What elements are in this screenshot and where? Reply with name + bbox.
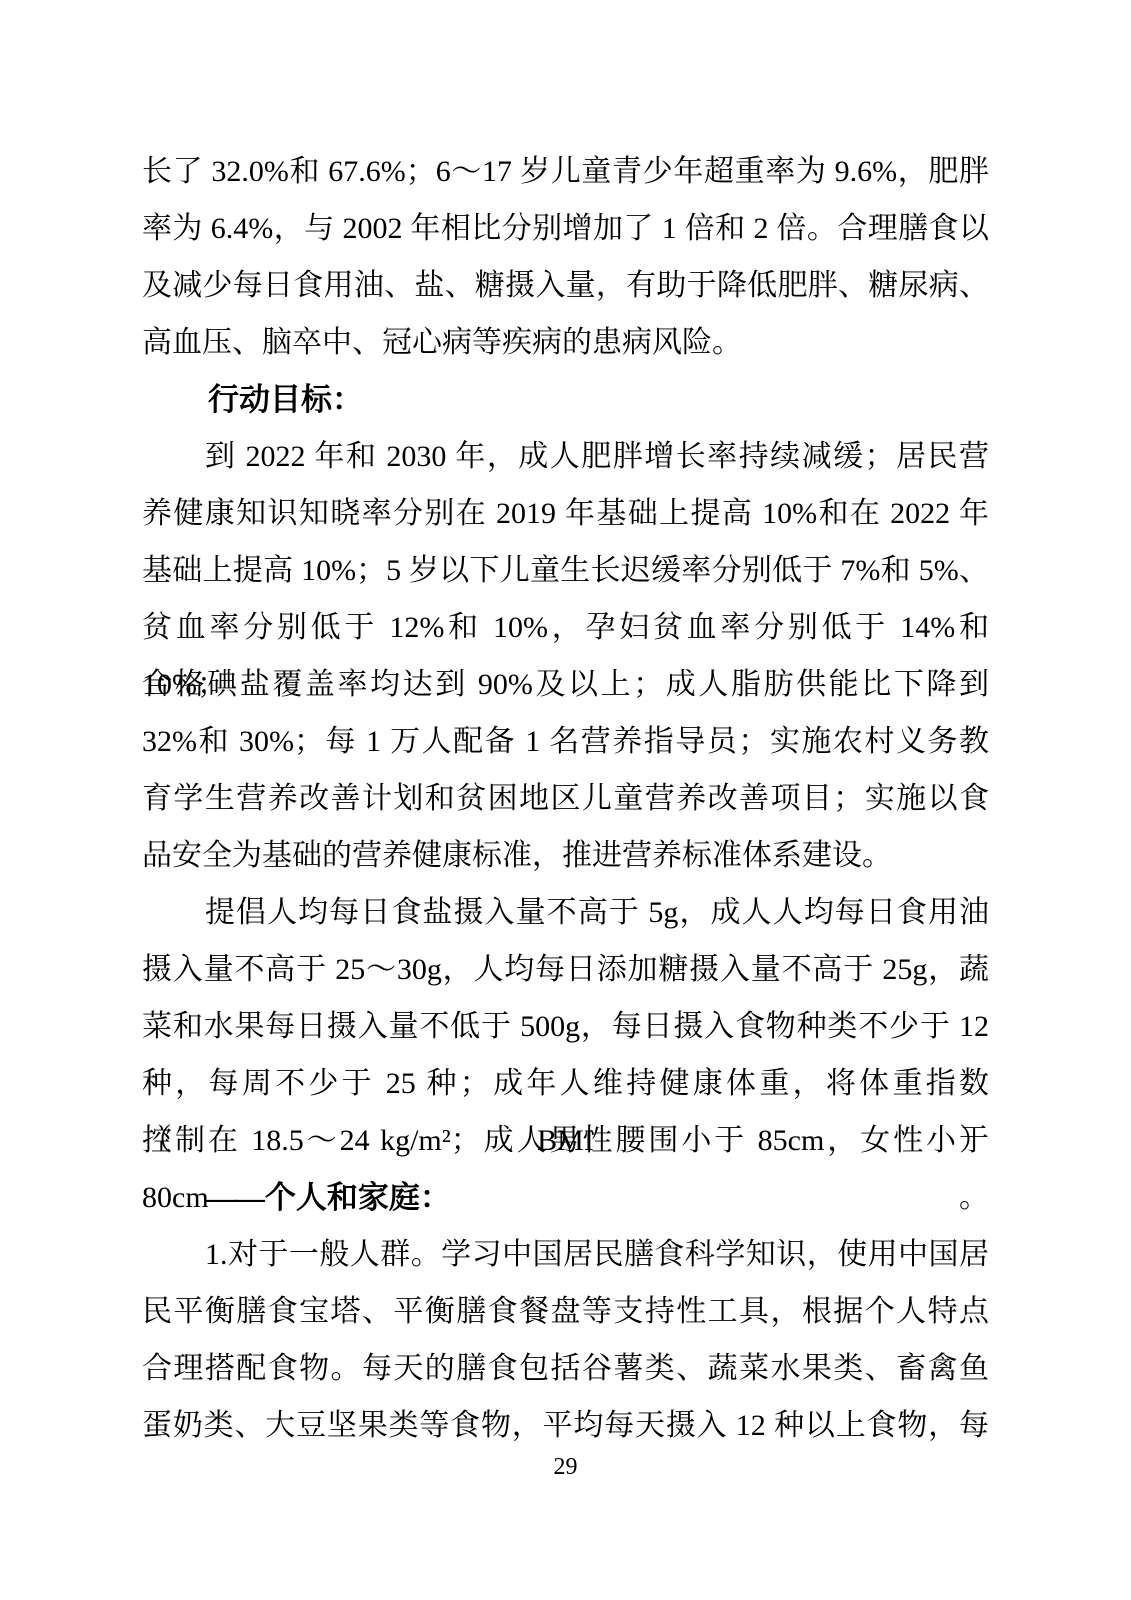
paragraph-line: 菜和水果每日摄入量不低于 500g，每日摄入食物种类不少于 12 — [142, 998, 989, 1055]
paragraph-line: 基础上提高 10%；5 岁以下儿童生长迟缓率分别低于 7%和 5%、 — [142, 542, 989, 599]
heading-dash: —— — [206, 1180, 262, 1215]
paragraph-line: 合理搭配食物。每天的膳食包括谷薯类、蔬菜水果类、畜禽鱼 — [142, 1340, 989, 1397]
paragraph-line: 提倡人均每日食盐摄入量不高于 5g，成人人均每日食用油 — [142, 884, 989, 941]
paragraph-line: 及减少每日食用油、盐、糖摄入量，有助于降低肥胖、糖尿病、 — [142, 257, 989, 314]
paragraph-line: 品安全为基础的营养健康标准，推进营养标准体系建设。 — [142, 827, 989, 884]
paragraph-goals: 到 2022 年和 2030 年，成人肥胖增长率持续减缓；居民营 养健康知识知晓… — [142, 428, 989, 884]
heading-label: 个人和家庭： — [265, 1180, 451, 1215]
paragraph-overweight-stats: 长了 32.0%和 67.6%；6～17 岁儿童青少年超重率为 9.6%，肥胖 … — [142, 143, 989, 371]
section-heading-action-goals: 行动目标： — [142, 371, 989, 428]
paragraph-line: 控制在 18.5～24 kg/m²；成人男性腰围小于 85cm，女性小于 80c… — [142, 1112, 989, 1169]
paragraph-line: 民平衡膳食宝塔、平衡膳食餐盘等支持性工具，根据个人特点 — [142, 1283, 989, 1340]
paragraph-line: 种，每周不少于 25 种；成年人维持健康体重，将体重指数（BMI） — [142, 1055, 989, 1112]
body-text: 长了 32.0%和 67.6%；6～17 岁儿童青少年超重率为 9.6%，肥胖 … — [142, 143, 989, 1454]
paragraph-line: 高血压、脑卒中、冠心病等疾病的患病风险。 — [142, 314, 989, 371]
paragraph-line: 到 2022 年和 2030 年，成人肥胖增长率持续减缓；居民营 — [142, 428, 989, 485]
paragraph-line: 育学生营养改善计划和贫困地区儿童营养改善项目；实施以食 — [142, 770, 989, 827]
paragraph-line: 1.对于一般人群。学习中国居民膳食科学知识，使用中国居 — [142, 1226, 989, 1283]
paragraph-line: 率为 6.4%，与 2002 年相比分别增加了 1 倍和 2 倍。合理膳食以 — [142, 200, 989, 257]
paragraph-line: 养健康知识知晓率分别在 2019 年基础上提高 10%和在 2022 年 — [142, 485, 989, 542]
paragraph-intake-recommendations: 提倡人均每日食盐摄入量不高于 5g，成人人均每日食用油 摄入量不高于 25～30… — [142, 884, 989, 1169]
paragraph-line: 摄入量不高于 25～30g，人均每日添加糖摄入量不高于 25g，蔬 — [142, 941, 989, 998]
paragraph-line: 长了 32.0%和 67.6%；6～17 岁儿童青少年超重率为 9.6%，肥胖 — [142, 143, 989, 200]
page-number: 29 — [0, 1452, 1131, 1482]
paragraph-line: 合格碘盐覆盖率均达到 90%及以上；成人脂肪供能比下降到 — [142, 656, 989, 713]
paragraph-line: 32%和 30%；每 1 万人配备 1 名营养指导员；实施农村义务教 — [142, 713, 989, 770]
paragraph-general-population: 1.对于一般人群。学习中国居民膳食科学知识，使用中国居 民平衡膳食宝塔、平衡膳食… — [142, 1226, 989, 1454]
document-page: 长了 32.0%和 67.6%；6～17 岁儿童青少年超重率为 9.6%，肥胖 … — [0, 0, 1131, 1600]
paragraph-line: 蛋奶类、大豆坚果类等食物，平均每天摄入 12 种以上食物，每 — [142, 1397, 989, 1454]
paragraph-line: 贫血率分别低于 12%和 10%，孕妇贫血率分别低于 14%和 10%； — [142, 599, 989, 656]
